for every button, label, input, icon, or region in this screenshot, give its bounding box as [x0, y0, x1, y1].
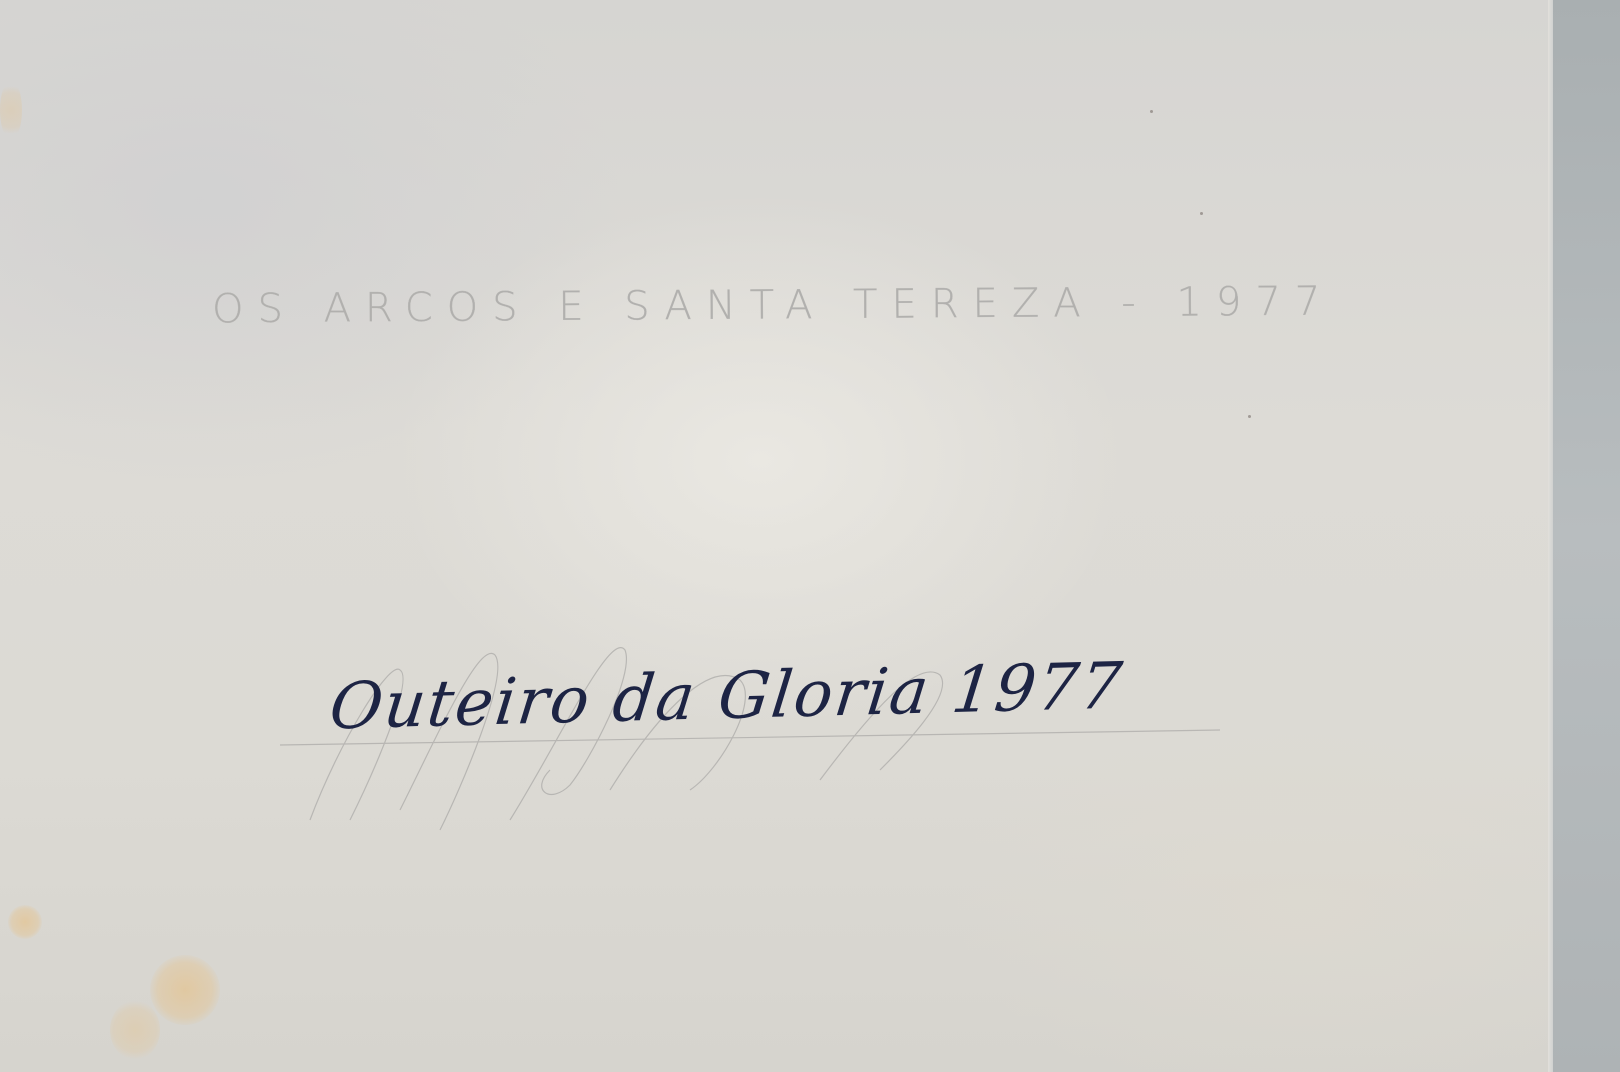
paper-speck [1248, 415, 1251, 418]
foxing-stain [8, 905, 42, 939]
foxing-stain [150, 955, 220, 1025]
foxing-stain [0, 80, 22, 140]
pencil-inscription: OS ARCOS E SANTA TEREZA - 1977 [212, 278, 1452, 333]
paper-speck [1150, 110, 1153, 113]
background-surface [1553, 0, 1620, 1072]
paper-speck [1200, 212, 1203, 215]
foxing-stain [110, 1000, 160, 1060]
paper-sheet: OS ARCOS E SANTA TEREZA - 1977 Outeiro d… [0, 0, 1552, 1072]
